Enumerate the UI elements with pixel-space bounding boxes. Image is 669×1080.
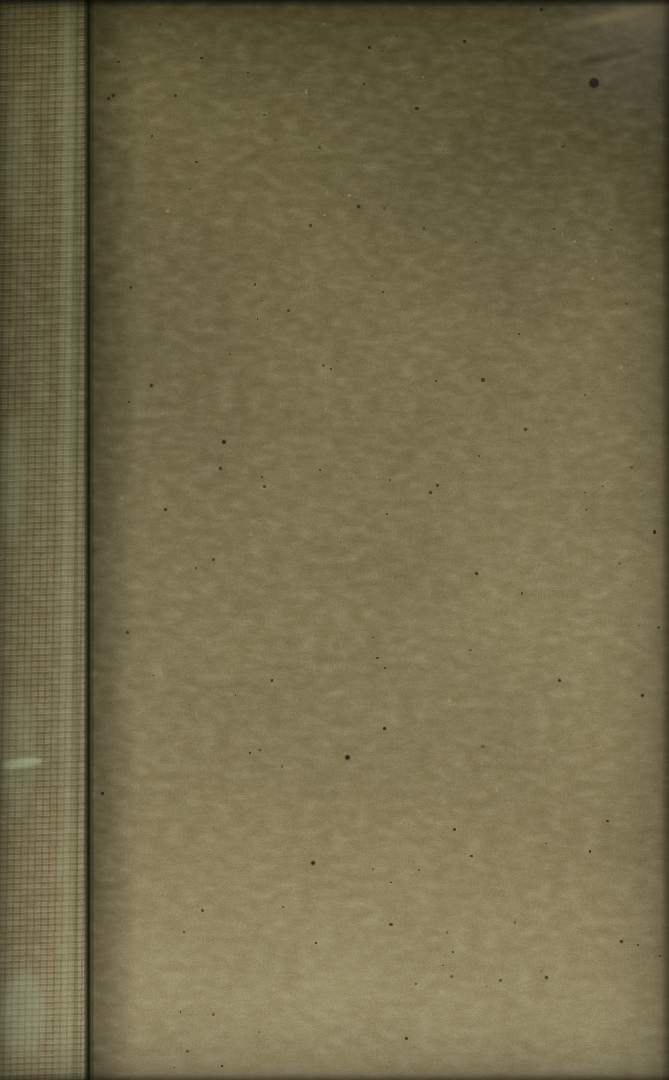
speckle xyxy=(415,983,417,985)
speckle xyxy=(340,642,342,647)
speckle xyxy=(288,822,290,825)
speckle xyxy=(584,394,586,396)
spine-scuff xyxy=(2,686,36,816)
speckle xyxy=(345,755,350,760)
speckle xyxy=(195,711,197,716)
speckle xyxy=(259,749,261,751)
speckle xyxy=(442,965,443,966)
speckle xyxy=(222,440,226,444)
speckle xyxy=(656,273,659,278)
speckle xyxy=(653,1050,656,1055)
speckle xyxy=(174,94,177,97)
spine-scuff xyxy=(0,972,46,1058)
speckle xyxy=(311,861,315,865)
speckle xyxy=(602,486,603,487)
speckle xyxy=(485,657,486,658)
speckle xyxy=(282,906,283,907)
spine-scuff xyxy=(0,412,24,542)
speckle xyxy=(606,820,609,823)
speckle xyxy=(545,843,546,844)
speckle xyxy=(325,381,327,382)
speckle xyxy=(578,952,579,955)
speckle xyxy=(545,976,548,979)
speckle xyxy=(595,260,597,263)
speckle xyxy=(376,477,378,478)
speckle xyxy=(130,286,133,289)
book-cover-photo xyxy=(0,0,669,1080)
speckle xyxy=(521,592,524,595)
speckle xyxy=(572,490,575,492)
speckle xyxy=(396,1068,397,1069)
speckle xyxy=(164,508,167,511)
speckle xyxy=(173,1067,175,1069)
speckle xyxy=(229,353,231,355)
speckle xyxy=(383,727,386,730)
spine-scuff xyxy=(30,300,48,520)
speckle xyxy=(659,955,661,957)
speckle xyxy=(469,649,471,651)
speckle xyxy=(618,562,621,565)
speckle xyxy=(212,558,215,561)
speckle xyxy=(518,682,519,686)
speckle xyxy=(101,977,102,980)
speckle xyxy=(653,530,656,533)
speckle xyxy=(448,698,450,702)
speckle xyxy=(637,944,639,946)
speckle xyxy=(630,674,632,676)
speckle xyxy=(541,970,542,971)
speckle xyxy=(249,532,252,536)
speckle xyxy=(620,940,623,943)
speckle xyxy=(371,275,373,277)
speckle xyxy=(496,787,498,792)
speckle xyxy=(452,951,454,953)
speckle xyxy=(481,745,484,748)
speckle xyxy=(257,318,258,319)
speckle xyxy=(429,491,432,494)
speckle xyxy=(625,303,628,306)
speckle xyxy=(499,979,502,982)
speckle xyxy=(117,61,119,63)
speckle xyxy=(218,303,220,305)
speckle xyxy=(120,496,122,500)
speckle xyxy=(128,401,130,403)
spine-scuff xyxy=(4,88,34,228)
speckle xyxy=(475,572,478,575)
speckle xyxy=(429,444,431,446)
speckle xyxy=(393,966,396,968)
speckle xyxy=(470,855,472,857)
speckle xyxy=(328,851,330,855)
speckle xyxy=(195,567,197,569)
speckle xyxy=(310,132,313,136)
speckle xyxy=(418,869,420,871)
speckle xyxy=(315,942,317,944)
speckle xyxy=(657,626,660,629)
speckle xyxy=(305,89,307,94)
speckle xyxy=(227,653,229,656)
speckle xyxy=(518,333,519,334)
speckle xyxy=(481,761,483,765)
speckle xyxy=(200,57,203,60)
speckle xyxy=(357,205,360,208)
speckle xyxy=(184,405,186,407)
speckle xyxy=(481,378,484,381)
speckle xyxy=(274,139,276,141)
book-spine xyxy=(0,0,86,1080)
spine-edge-band xyxy=(56,0,78,1080)
speckle xyxy=(589,850,591,852)
speckle xyxy=(446,931,449,934)
speckle xyxy=(179,390,181,394)
speckle xyxy=(524,428,527,431)
speckle xyxy=(340,542,341,543)
speckle xyxy=(453,828,456,831)
speckle xyxy=(325,407,326,410)
speckle xyxy=(159,23,161,25)
speckle xyxy=(261,629,263,633)
speckle xyxy=(107,97,110,100)
speckle xyxy=(126,631,128,633)
speckle xyxy=(186,1050,189,1053)
speckle xyxy=(249,752,251,754)
speckle xyxy=(386,513,388,515)
speckle xyxy=(384,667,386,669)
speckle xyxy=(591,277,593,280)
speckle xyxy=(414,1047,415,1048)
speckle xyxy=(219,467,222,470)
speckle xyxy=(392,644,395,648)
speckle xyxy=(309,224,312,227)
speckle xyxy=(596,736,598,740)
speckle xyxy=(150,384,153,387)
speckle xyxy=(180,1011,181,1012)
speckle xyxy=(323,214,326,217)
speckle xyxy=(166,209,168,214)
speckle xyxy=(514,921,516,923)
speckle xyxy=(348,194,350,198)
speckle xyxy=(641,694,644,697)
speckle xyxy=(389,923,392,926)
spine-joint-groove xyxy=(84,0,94,1080)
speckle xyxy=(112,94,115,97)
speckle xyxy=(101,792,104,795)
